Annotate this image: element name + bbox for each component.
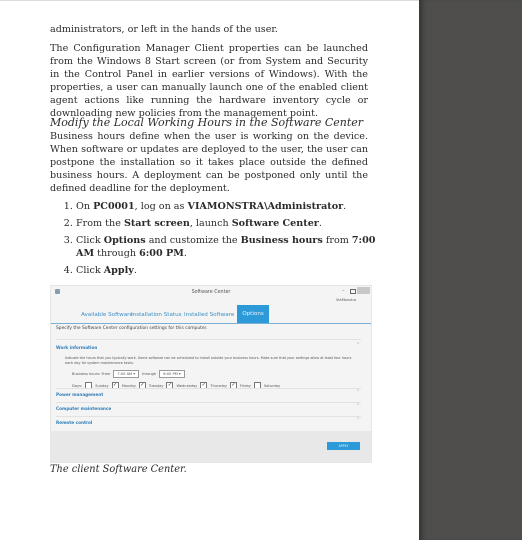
maximize-icon [350,289,356,294]
from-select: 7:00 AM ▾ [113,370,139,378]
through-label: through [142,372,156,376]
tab-installed-software: Installed Software [184,312,234,318]
footer-bar: APPLY [51,431,371,462]
section-work-information: Work information [56,345,97,350]
chevron-down-icon: ˅ [357,390,359,395]
day-label: Wednesday [176,384,197,388]
step-item: Click Apply. [76,264,376,277]
close-icon [357,287,370,294]
business-hours-label: Business hours: From [72,372,110,376]
day-label: Thursday [210,384,227,388]
step-item: From the Start screen, launch Software C… [76,217,376,230]
work-description: Indicate the hours that you typically wo… [65,356,355,366]
day-label: Tuesday [149,384,164,388]
minimize-icon: – [342,288,345,294]
paragraph-business-hours: Business hours define when the user is w… [50,130,368,195]
options-intro: Specify the Software Center configuratio… [56,326,207,331]
window-title: Software Center [51,290,371,295]
document-page: administrators, or left in the hands of … [0,0,419,540]
user-name: ViaMonstra [336,298,356,302]
day-label: Saturday [264,384,280,388]
tab-options: Options [237,305,269,323]
section-computer-maintenance: Computer maintenance [56,406,111,411]
divider [56,388,361,389]
chevron-down-icon: ˅ [357,404,359,409]
days-label: Days: [72,384,82,388]
chevron-down-icon: ▾ [133,372,135,376]
section-remote-control: Remote control [56,420,92,425]
day-label: Sunday [95,384,108,388]
day-label: Monday [122,384,136,388]
section-heading: Modify the Local Working Hours in the So… [50,116,363,129]
paragraph-client-properties: The Configuration Manager Client propert… [50,42,368,120]
divider [56,339,361,340]
reader-side-panel [419,0,522,540]
tab-bar: Available Software Installation Status I… [51,305,371,324]
section-power-management: Power management [56,392,103,397]
business-hours-row: Business hours: From 7:00 AM ▾ through 6… [72,370,185,378]
chevron-down-icon: ▾ [179,372,181,376]
day-label: Friday [240,384,251,388]
figure-caption: The client Software Center. [50,464,187,475]
through-select: 6:00 PM ▾ [159,370,184,378]
apply-button: APPLY [327,442,360,450]
tab-installation-status: Installation Status [131,312,182,318]
page-top-border [0,0,419,1]
software-center-screenshot: Software Center – ViaMonstra Available S… [50,285,372,463]
step-item: On PC0001, log on as VIAMONSTRA\Administ… [76,200,376,213]
chevron-up-icon: ˄ [357,343,359,348]
chevron-down-icon: ˅ [357,418,359,423]
paragraph-administrators: administrators, or left in the hands of … [50,23,368,36]
tab-available-software: Available Software [81,312,133,318]
divider [56,402,361,403]
divider [56,416,361,417]
steps-list: On PC0001, log on as VIAMONSTRA\Administ… [50,200,376,281]
step-item: Click Options and customize the Business… [76,234,376,260]
